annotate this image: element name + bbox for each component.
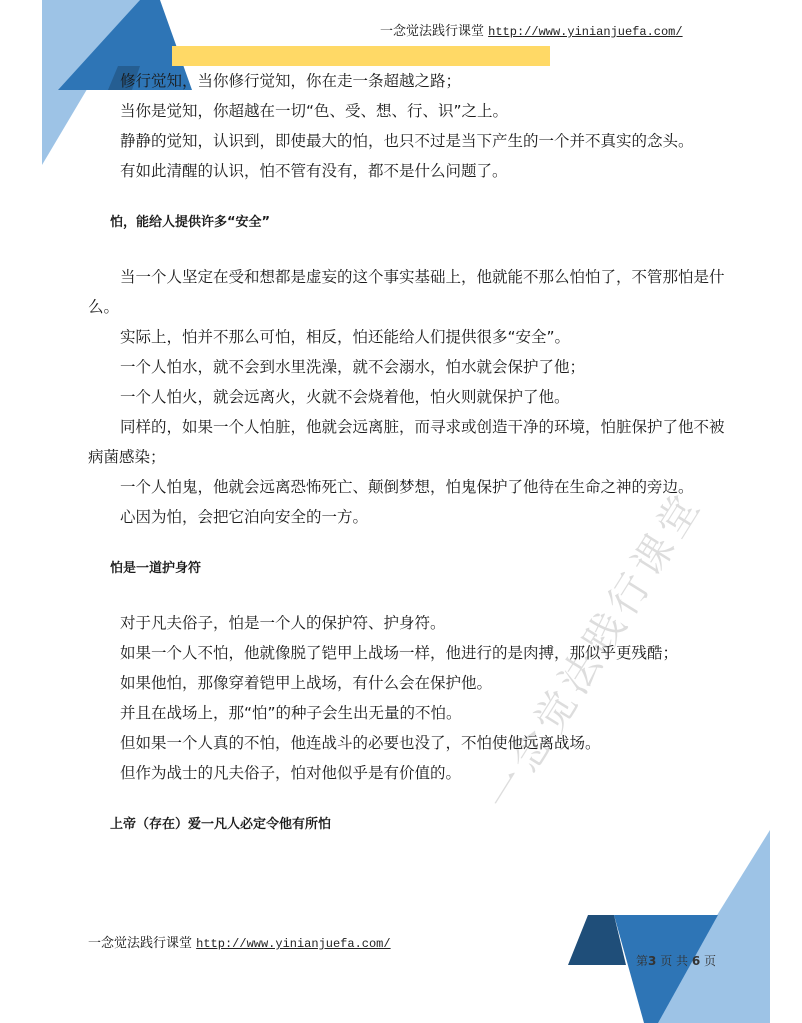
- paragraph: 一个人怕鬼，他就会远离恐怖死亡、颠倒梦想，怕鬼保护了他待在生命之神的旁边。: [88, 472, 728, 502]
- mid-blue-shape-bottom: [614, 915, 718, 1023]
- paragraph: 同样的，如果一个人怕脏，他就会远离脏，而寻求或创造干净的环境，怕脏保护了他不被病…: [88, 412, 728, 472]
- paragraph: 对于凡夫俗子，怕是一个人的保护符、护身符。: [88, 608, 728, 638]
- dark-blue-band-bottom: [568, 915, 626, 965]
- paragraph: 有如此清醒的认识，怕不管有没有，都不是什么问题了。: [88, 156, 728, 186]
- page-footer: 一念觉法践行课堂 http://www.yinianjuefa.com/: [88, 932, 391, 951]
- paragraph: 心因为怕，会把它泊向安全的一方。: [88, 502, 728, 532]
- paragraph: 一个人怕水，就不会到水里洗澡，就不会溺水，怕水就会保护了他；: [88, 352, 728, 382]
- section-heading: 怕，能给人提供许多“安全”: [88, 208, 728, 238]
- page-prefix: 第: [636, 954, 648, 968]
- paragraph: 一个人怕火，就会远离火，火就不会烧着他，怕火则就保护了他。: [88, 382, 728, 412]
- header-url-link[interactable]: http://www.yinianjuefa.com/: [488, 25, 682, 39]
- footer-url-link[interactable]: http://www.yinianjuefa.com/: [196, 937, 390, 951]
- paragraph: 并且在战场上，那“怕”的种子会生出无量的不怕。: [88, 698, 728, 728]
- light-blue-triangle-bottom: [650, 830, 770, 1023]
- paragraph: 如果一个人不怕，他就像脱了铠甲上战场一样，他进行的是肉搏，那似乎更残酷；: [88, 638, 728, 668]
- yellow-header-bar: [172, 46, 550, 66]
- section-heading: 上帝（存在）爱一凡人必定令他有所怕: [88, 810, 728, 840]
- paragraph: 但作为战士的凡夫俗子，怕对他似乎是有价值的。: [88, 758, 728, 788]
- document-body: 修行觉知，当你修行觉知，你在走一条超越之路； 当你是觉知，你超越在一切“色、受、…: [88, 66, 728, 840]
- total-pages: 6: [692, 954, 700, 968]
- paragraph: 但如果一个人真的不怕，他连战斗的必要也没了，不怕使他远离战场。: [88, 728, 728, 758]
- paragraph: 当一个人坚定在受和想都是虚妄的这个事实基础上，他就能不那么怕怕了，不管那怕是什么…: [88, 262, 728, 322]
- paragraph: 静静的觉知，认识到，即使最大的怕，也只不过是当下产生的一个并不真实的念头。: [88, 126, 728, 156]
- paragraph: 实际上，怕并不那么可怕，相反，怕还能给人们提供很多“安全”。: [88, 322, 728, 352]
- paragraph: 如果他怕，那像穿着铠甲上战场，有什么会在保护他。: [88, 668, 728, 698]
- footer-site-name: 一念觉法践行课堂: [88, 936, 192, 951]
- page-number: 第3 页 共 6 页: [636, 952, 716, 969]
- header-site-name: 一念觉法践行课堂: [380, 24, 484, 39]
- section-heading: 怕是一道护身符: [88, 554, 728, 584]
- page-suffix: 页: [700, 954, 716, 968]
- page-header: 一念觉法践行课堂 http://www.yinianjuefa.com/: [380, 20, 683, 39]
- page-mid: 页 共: [656, 954, 691, 968]
- paragraph: 修行觉知，当你修行觉知，你在走一条超越之路；: [88, 66, 728, 96]
- paragraph: 当你是觉知，你超越在一切“色、受、想、行、识”之上。: [88, 96, 728, 126]
